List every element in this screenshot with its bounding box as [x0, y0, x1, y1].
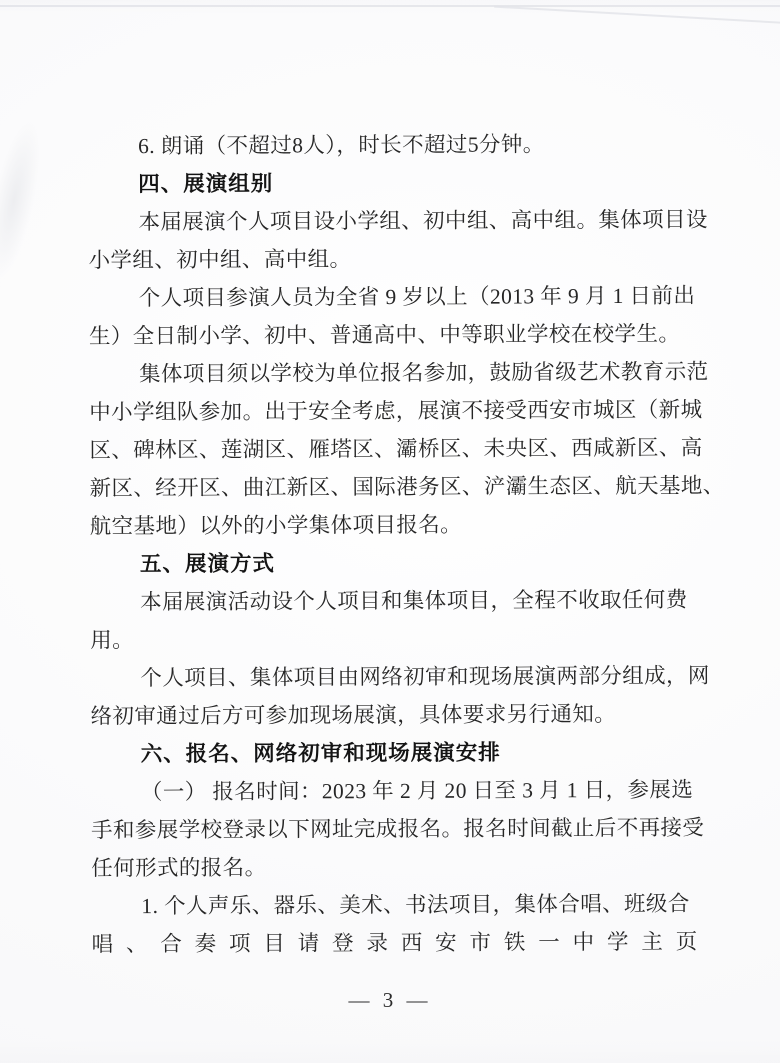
text-line: 唱、合奏项目请登录西安市铁一中学主页: [91, 923, 697, 964]
scanned-document-page: 6. 朗诵（不超过8人），时长不超过5分钟。四、展演组别本届展演个人项目设小学组…: [0, 0, 780, 1063]
document-lines: 6. 朗诵（不超过8人），时长不超过5分钟。四、展演组别本届展演个人项目设小学组…: [88, 125, 698, 964]
text-line: 任何形式的报名。: [91, 847, 697, 888]
section-heading: 六、报名、网络初审和现场展演安排: [91, 733, 697, 774]
text-line: 新区、经开区、曲江新区、国际港务区、浐灞生态区、航天基地、: [89, 467, 695, 508]
text-line: 小学组、初中组、高中组。: [89, 239, 695, 280]
page-number: — 3 —: [0, 985, 780, 1015]
text-line: （一） 报名时间：2023 年 2 月 20 日至 3 月 1 日，参展选: [91, 771, 697, 812]
text-line: 本届展演活动设个人项目和集体项目，全程不收取任何费: [90, 581, 696, 622]
text-line: 区、碑林区、莲湖区、雁塔区、灞桥区、未央区、西咸新区、高: [89, 429, 695, 470]
text-line: 1. 个人声乐、器乐、美术、书法项目，集体合唱、班级合: [91, 885, 697, 926]
text-line: 本届展演个人项目设小学组、初中组、高中组。集体项目设: [88, 201, 694, 242]
text-line: 生）全日制小学、初中、普通高中、中等职业学校在校学生。: [89, 315, 695, 356]
text-line: 个人项目、集体项目由网络初审和现场展演两部分组成，网: [90, 657, 696, 698]
text-line: 手和参展学校登录以下网址完成报名。报名时间截止后不再接受: [91, 809, 697, 850]
scan-edge-diagonal-artifact: [494, 6, 780, 24]
text-line: 中小学组队参加。出于安全考虑，展演不接受西安市城区（新城: [89, 391, 695, 432]
text-line: 航空基地）以外的小学集体项目报名。: [90, 505, 696, 546]
text-line: 6. 朗诵（不超过8人），时长不超过5分钟。: [88, 125, 694, 166]
section-heading: 五、展演方式: [90, 543, 696, 584]
scan-smudge-artifact: [0, 118, 50, 283]
text-line: 络初审通过后方可参加现场展演，具体要求另行通知。: [90, 695, 696, 736]
scan-edge-artifact: [0, 5, 780, 7]
section-heading: 四、展演组别: [88, 163, 694, 204]
text-line: 集体项目须以学校为单位报名参加，鼓励省级艺术教育示范: [89, 353, 695, 394]
text-line: 用。: [90, 619, 696, 660]
text-line: 个人项目参演人员为全省 9 岁以上（2013 年 9 月 1 日前出: [89, 277, 695, 318]
